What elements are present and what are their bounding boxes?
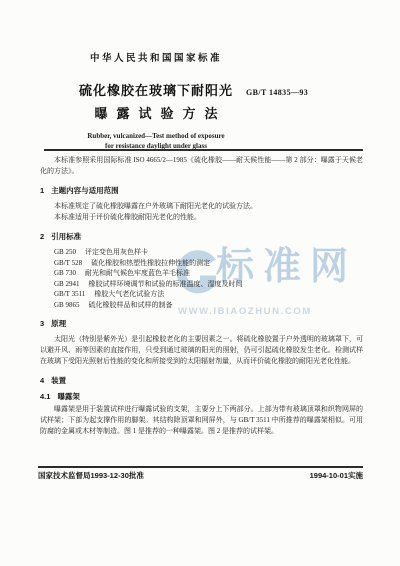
document-header: 中华人民共和国国家标准 硫化橡胶在玻璃下耐阳光 曝露试验方法 Rubber, v… [0,50,312,151]
section-1-paragraph: 本标准适用于评价硫化橡胶耐阳光老化的性能。 [40,212,363,223]
section-number: 3 [40,319,44,328]
section-number: 2 [40,232,44,241]
section-number: 4 [40,376,44,385]
reference-title: 硫化橡胶和热塑性橡胶拉伸性能的测定 [91,259,210,267]
reference-code: GB/T 3511 [54,290,85,298]
section-number: 1 [40,186,44,195]
section-3-paragraph: 太阳光（特别是紫外光）是引起橡胶老化的主要因素之一。将硫化橡胶置于户外透明的玻璃… [40,334,363,367]
doc-title-line2: 曝露试验方法 [0,103,312,122]
section-title: 装置 [51,376,66,385]
reference-title: 评定变色用灰色样卡 [85,248,148,256]
reference-code: GB/T 528 [54,259,82,267]
reference-title: 橡胶大气老化试验方法 [94,290,164,298]
reference-title: 耐光和耐气候色牢度蓝色羊毛标准 [85,269,190,277]
reference-item: GB/T 528硫化橡胶和热塑性橡胶拉伸性能的测定 [40,258,363,269]
subsection-title: 曝露架 [57,392,80,401]
reference-code: GB 9865 [54,301,79,309]
reference-item: GB 730耐光和耐气候色牢度蓝色羊毛标准 [40,268,363,279]
section-title: 原理 [51,319,66,328]
document-body: 本标准参照采用国际标准 ISO 4665/2—1985《硫化橡胶——耐天候性能—… [40,155,363,437]
subsection-number: 4.1 [40,392,50,401]
section-3-heading: 3原理 [40,319,363,329]
reference-title: 硫化橡胶样品和试样的制备 [88,301,172,309]
subsection-4-1-paragraph: 曝露架是用于装置试样进行曝露试验的支架，主要分上下两部分。上部为带有玻璃顶罩和织… [40,404,363,437]
section-4-heading: 4装置 [40,376,363,386]
standard-number: GB/T 14835—93 [246,88,308,97]
section-title: 主题内容与适用范围 [51,186,119,195]
reference-code: GB 250 [54,248,76,256]
scanned-standard-page: 中华人民共和国国家标准 硫化橡胶在玻璃下耐阳光 曝露试验方法 Rubber, v… [0,0,400,566]
reference-code: GB 730 [54,269,76,277]
foreword-paragraph: 本标准参照采用国际标准 ISO 4665/2—1985《硫化橡胶——耐天候性能—… [40,155,363,177]
english-title: Rubber, vulcanized—Test method of exposu… [0,131,312,151]
section-1-heading: 1主题内容与适用范围 [40,186,363,196]
english-title-line1: Rubber, vulcanized—Test method of exposu… [0,131,312,141]
section-1-paragraph: 本标准规定了硫化橡胶曝露在户外玻璃下耐阳光老化的试验方法。 [40,201,363,212]
section-title: 引用标准 [51,232,81,241]
approval-text: 国家技术监督局1993-12-30批准 [38,470,144,481]
reference-item: GB 9865硫化橡胶样品和试样的制备 [40,300,363,311]
national-standard-label: 中华人民共和国国家标准 [0,50,312,64]
section-2-heading: 2引用标准 [40,232,363,242]
reference-item: GB/T 3511橡胶大气老化试验方法 [40,289,363,300]
references-list: GB 250评定变色用灰色样卡 GB/T 528硫化橡胶和热塑性橡胶拉伸性能的测… [40,247,363,310]
header-rule [44,149,363,151]
document-footer: 国家技术监督局1993-12-30批准 1994-10-01实施 [38,470,363,481]
footer-rule [38,466,363,468]
implementation-text: 1994-10-01实施 [310,470,363,481]
reference-item: GB 250评定变色用灰色样卡 [40,247,363,258]
reference-title: 橡胶试样环境调节和试验的标准温度、湿度及时间 [88,280,242,288]
subsection-4-1-heading: 4.1曝露架 [40,392,363,402]
reference-item: GB 2941橡胶试样环境调节和试验的标准温度、湿度及时间 [40,279,363,290]
reference-code: GB 2941 [54,280,79,288]
